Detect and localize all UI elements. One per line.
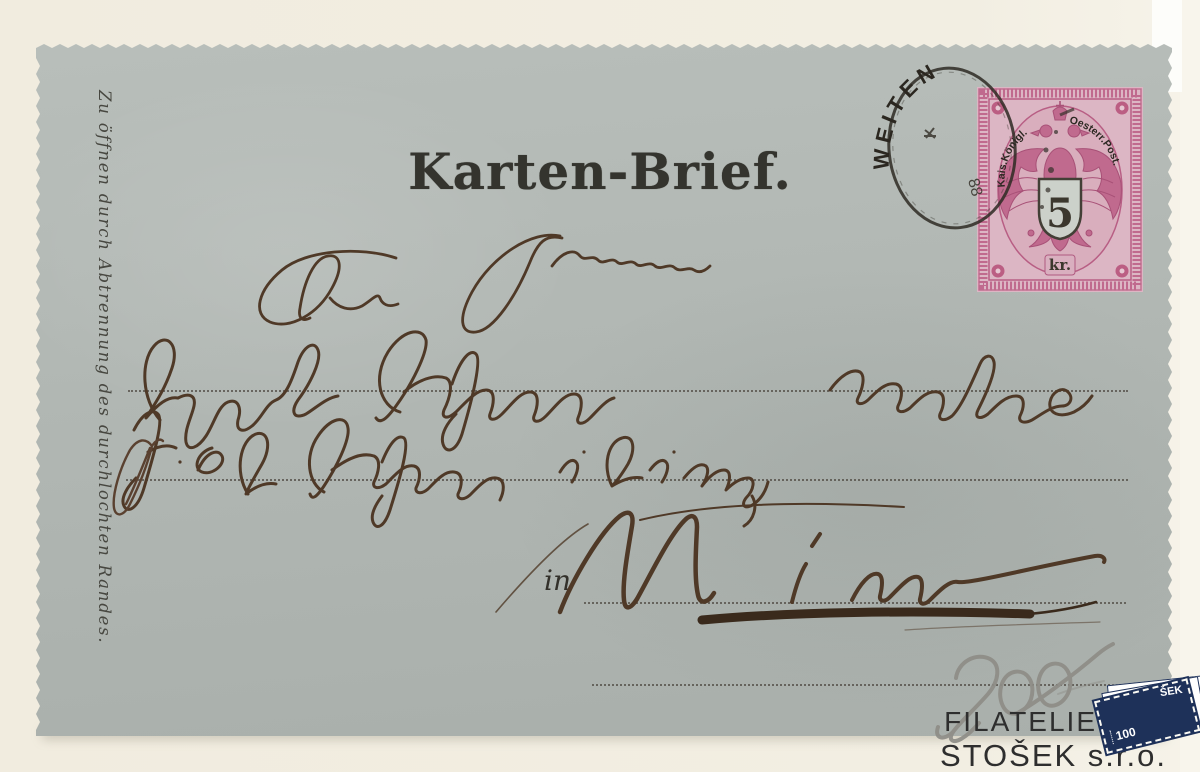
address-dotted-line-4: [592, 684, 1122, 686]
badge-value: 100: [1110, 725, 1138, 745]
album-page-edge: [1180, 0, 1200, 772]
perforation-margin-text: Zu öffnen durch Abtrennung des durchloch…: [95, 90, 114, 644]
address-dotted-line-3: [584, 602, 1126, 604]
card-title: Karten-Brief.: [340, 142, 860, 201]
watermark-line1: FILATELIE: [944, 706, 1097, 738]
badge-label: ŠEK: [1159, 684, 1183, 699]
stamp-unit: kr.: [1049, 256, 1071, 274]
address-dotted-line-1: [128, 390, 1128, 392]
preprinted-in-label: in: [544, 564, 571, 597]
stamp-value: 5: [1046, 190, 1074, 237]
stamp-imprint: 5 kr. Kais.Königl. Oesterr.Post.: [977, 87, 1143, 292]
scanned-letter-card: Zu öffnen durch Abtrennung des durchloch…: [0, 0, 1200, 772]
address-dotted-line-2: [126, 479, 1128, 481]
